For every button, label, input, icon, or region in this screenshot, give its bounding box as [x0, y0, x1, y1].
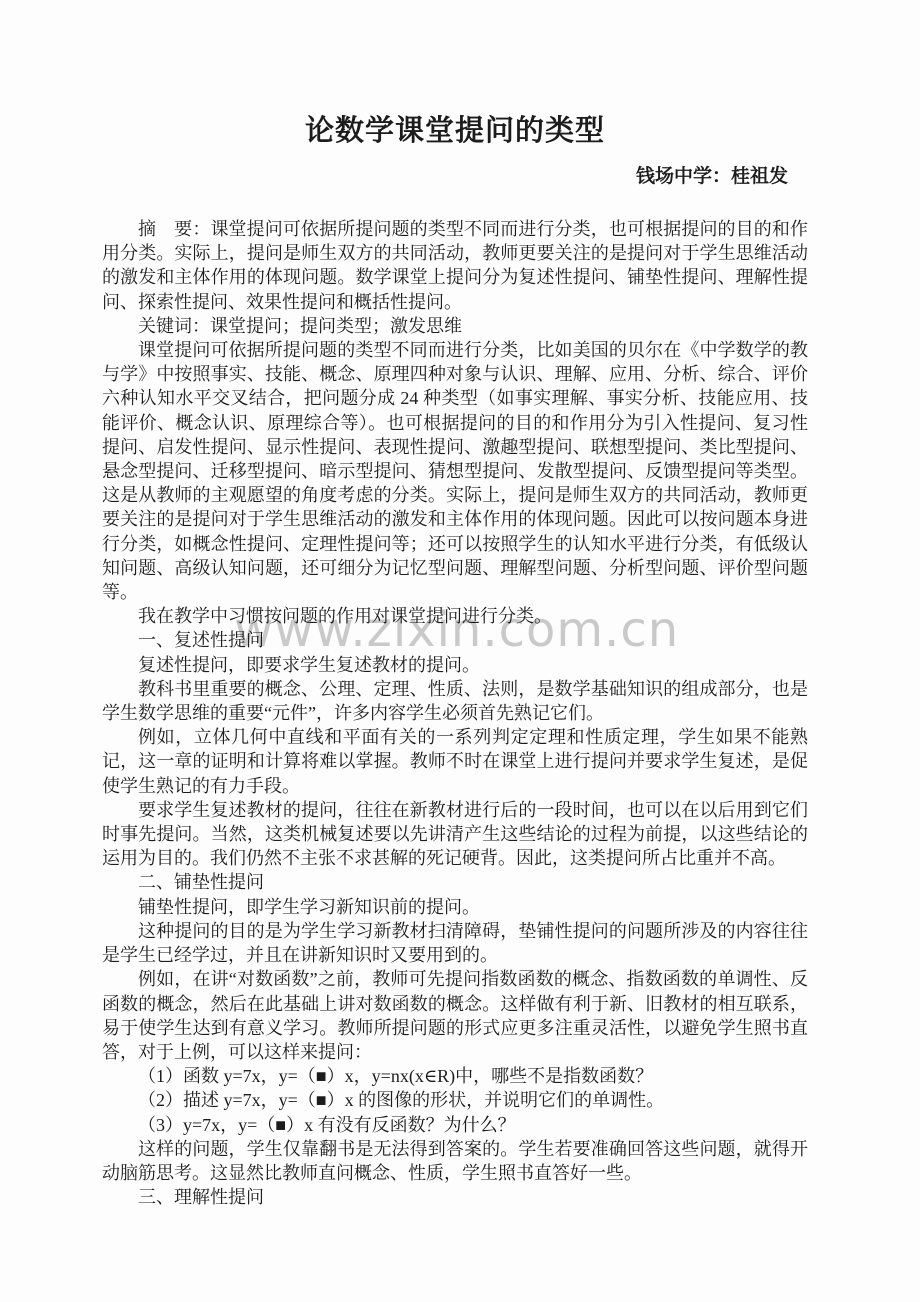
paragraph: 这种提问的目的是为学生学习新教材扫清障碍，垫铺性提问的问题所涉及的内容往往是学生… — [102, 919, 808, 967]
section-heading: 一、复述性提问 — [102, 628, 808, 652]
page-title: 论数学课堂提问的类型 — [102, 108, 808, 149]
section-heading: 二、铺垫性提问 — [102, 870, 808, 894]
abstract-paragraph: 摘 要：课堂提问可依据所提问题的类型不同而进行分类，也可根据提问的目的和作用分类… — [102, 217, 808, 314]
list-item: （2）描述 y=7x，y=（■）x 的图像的形状，并说明它们的单调性。 — [102, 1088, 808, 1112]
paragraph: 例如，在讲“对数函数”之前，教师可先提问指数函数的概念、指数函数的单调性、反函数… — [102, 967, 808, 1064]
list-item: （1）函数 y=7x，y=（■）x，y=nx(x∈R)中，哪些不是指数函数？ — [102, 1064, 808, 1088]
document-page: www.zixin.com.cn 论数学课堂提问的类型 钱场中学：桂祖发 摘 要… — [0, 0, 920, 1302]
paragraph: 教科书里重要的概念、公理、定理、性质、法则，是数学基础知识的组成部分，也是学生数… — [102, 677, 808, 725]
paragraph: 要求学生复述教材的提问，往往在新教材进行后的一段时间，也可以在以后用到它们时事先… — [102, 798, 808, 871]
keywords-line: 关键词：课堂提问；提问类型；激发思维 — [102, 314, 808, 338]
paragraph: 例如，立体几何中直线和平面有关的一系列判定定理和性质定理，学生如果不能熟记，这一… — [102, 725, 808, 798]
document-body: 摘 要：课堂提问可依据所提问题的类型不同而进行分类，也可根据提问的目的和作用分类… — [102, 217, 808, 1209]
paragraph: 课堂提问可依据所提问题的类型不同而进行分类，比如美国的贝尔在《中学数学的教与学》… — [102, 338, 808, 604]
author-line: 钱场中学：桂祖发 — [102, 161, 808, 188]
list-item: （3）y=7x，y=（■）x 有没有反函数？为什么？ — [102, 1113, 808, 1137]
paragraph: 我在教学中习惯按问题的作用对课堂提问进行分类。 — [102, 604, 808, 628]
paragraph: 铺垫性提问，即学生学习新知识前的提问。 — [102, 895, 808, 919]
section-heading: 三、理解性提问 — [102, 1185, 808, 1209]
paragraph: 复述性提问，即要求学生复述教材的提问。 — [102, 653, 808, 677]
paragraph: 这样的问题，学生仅靠翻书是无法得到答案的。学生若要准确回答这些问题，就得开动脑筋… — [102, 1137, 808, 1185]
